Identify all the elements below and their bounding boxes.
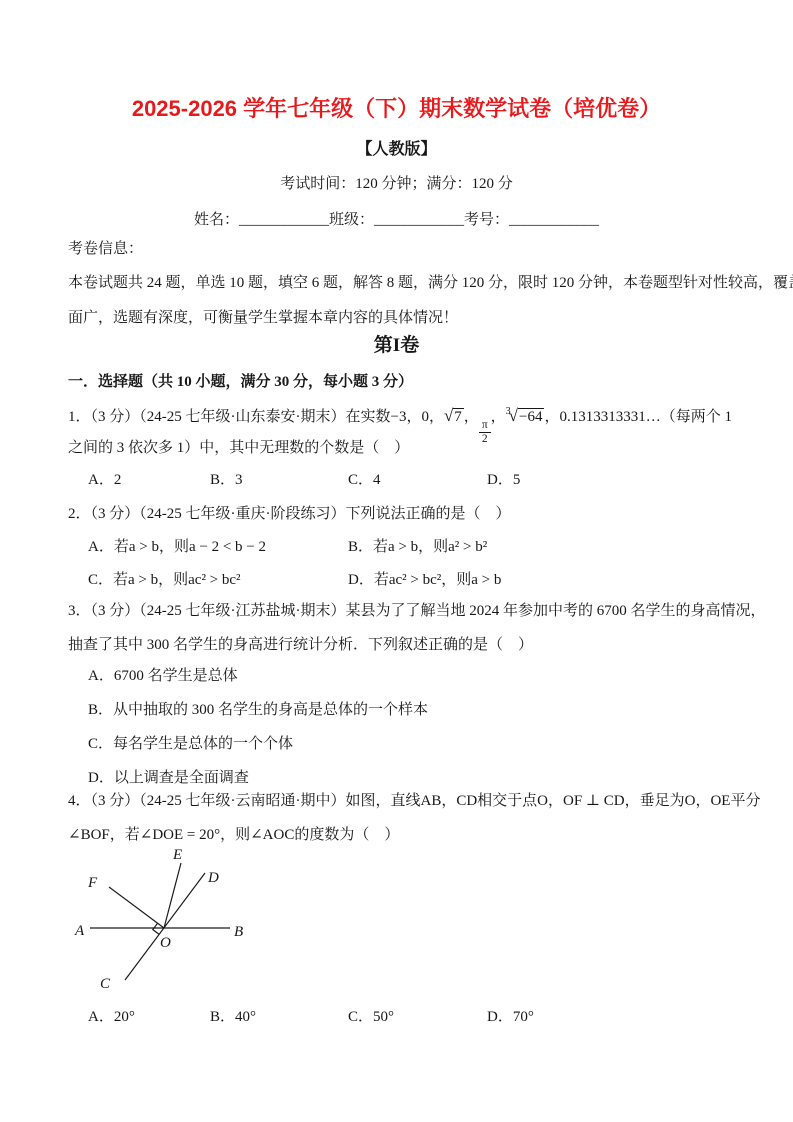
q4-geometry-figure: A B C D E F O xyxy=(72,846,262,1014)
exam-paper-page: 2025-2026 学年七年级（下）期末数学试卷（培优卷） 【人教版】 考试时间… xyxy=(0,0,793,1122)
fraction-numerator: π xyxy=(479,419,491,432)
q1-stem-post: ，0.1313313331…（每两个 1 xyxy=(544,409,732,425)
question-1-stem-line2: 之间的 3 依次多 1）中，其中无理数的个数是（ ） xyxy=(68,438,725,459)
q2-option-a: A．若a > b，则a − 2 < b − 2 xyxy=(88,537,348,558)
figure-label-O: O xyxy=(160,935,171,951)
question-1-options: A．2 B．3 C．4 D．5 xyxy=(68,470,745,491)
figure-label-C: C xyxy=(100,976,111,992)
figure-label-F: F xyxy=(87,875,98,891)
radical-sign: √ xyxy=(509,406,518,425)
q3-option-b: B．从中抽取的 300 名学生的身高是总体的一个样本 xyxy=(68,700,745,721)
cube-root-expression: 3√−64 xyxy=(506,409,545,425)
q2-option-b: B．若a > b，则a² > b² xyxy=(348,537,745,558)
q2-option-d: D．若ac² > bc²，则a > b xyxy=(348,570,745,591)
q1-option-d: D．5 xyxy=(487,470,745,491)
name-label: 姓名： xyxy=(194,212,239,228)
paper-info-line1: 本卷试题共 24 题，单选 10 题，填空 6 题，解答 8 题，满分 120 … xyxy=(68,273,725,294)
cbrt-radicand: −64 xyxy=(518,408,544,425)
class-blank-field: ____________ xyxy=(374,212,464,228)
part-one-heading: 第I卷 xyxy=(0,332,793,359)
q1-separator-1: ， xyxy=(464,409,479,425)
q4-option-c: C．50° xyxy=(348,1007,487,1028)
exam-time-score-line: 考试时间：120 分钟；满分：120 分 xyxy=(0,174,793,195)
figure-label-D: D xyxy=(207,870,219,886)
paper-info-line2: 面广，选题有深度，可衡量学生掌握本章内容的具体情况！ xyxy=(68,308,725,329)
student-info-line: 姓名：____________班级：____________考号：_______… xyxy=(0,210,793,231)
question-2-options-row2: C．若a > b，则ac² > bc² D．若ac² > bc²，则a > b xyxy=(68,570,745,591)
question-3-stem-line2: 抽查了其中 300 名学生的身高进行统计分析．下列叙述正确的是（ ） xyxy=(68,635,725,656)
q1-option-a: A．2 xyxy=(88,470,210,491)
section-one-heading: 一．选择题（共 10 小题，满分 30 分，每小题 3 分） xyxy=(68,372,725,393)
q3-option-c: C．每名学生是总体的一个个体 xyxy=(68,734,745,755)
question-4-stem-line2: ∠BOF，若∠DOE = 20°，则∠AOC的度数为（ ） xyxy=(68,825,725,846)
q4-option-a: A．20° xyxy=(88,1007,210,1028)
edition-label: 【人教版】 xyxy=(0,139,793,161)
q1-option-b: B．3 xyxy=(210,470,348,491)
sqrt-radicand: 7 xyxy=(453,408,464,425)
paper-title: 2025-2026 学年七年级（下）期末数学试卷（培优卷） xyxy=(0,94,793,124)
class-label: 班级： xyxy=(329,212,374,228)
question-2-stem: 2．（3 分）（24-25 七年级·重庆·阶段练习）下列说法正确的是（ ） xyxy=(68,504,725,525)
q4-option-b: B．40° xyxy=(210,1007,348,1028)
intersecting-lines-diagram: A B C D E F O xyxy=(72,846,262,1014)
name-blank-field: ____________ xyxy=(239,212,329,228)
q3-option-a: A．6700 名学生是总体 xyxy=(68,666,745,687)
exam-number-blank-field: ____________ xyxy=(509,212,599,228)
paper-info-heading: 考卷信息： xyxy=(68,239,725,260)
question-4-options: A．20° B．40° C．50° D．70° xyxy=(68,1007,745,1028)
question-3-stem-line1: 3．（3 分）（24-25 七年级·江苏盐城·期末）某县为了了解当地 2024 … xyxy=(68,601,725,622)
q4-option-d: D．70° xyxy=(487,1007,745,1028)
figure-label-B: B xyxy=(234,924,243,940)
question-4-stem-line1: 4．（3 分）（24-25 七年级·云南昭通·期中）如图，直线AB，CD相交于点… xyxy=(68,791,725,812)
figure-label-E: E xyxy=(172,847,182,863)
q1-option-c: C．4 xyxy=(348,470,487,491)
exam-number-label: 考号： xyxy=(464,212,509,228)
radical-sign: √ xyxy=(444,406,453,425)
q1-stem-pre: 1．（3 分）（24-25 七年级·山东泰安·期末）在实数−3，0， xyxy=(68,409,444,425)
figure-label-A: A xyxy=(74,923,85,939)
question-2-options-row1: A．若a > b，则a − 2 < b − 2 B．若a > b，则a² > b… xyxy=(68,537,745,558)
q3-option-d: D．以上调查是全面调查 xyxy=(68,768,745,789)
sqrt-7-expression: √7 xyxy=(444,409,464,425)
q1-separator-2: ， xyxy=(491,409,506,425)
q2-option-c: C．若a > b，则ac² > bc² xyxy=(88,570,348,591)
